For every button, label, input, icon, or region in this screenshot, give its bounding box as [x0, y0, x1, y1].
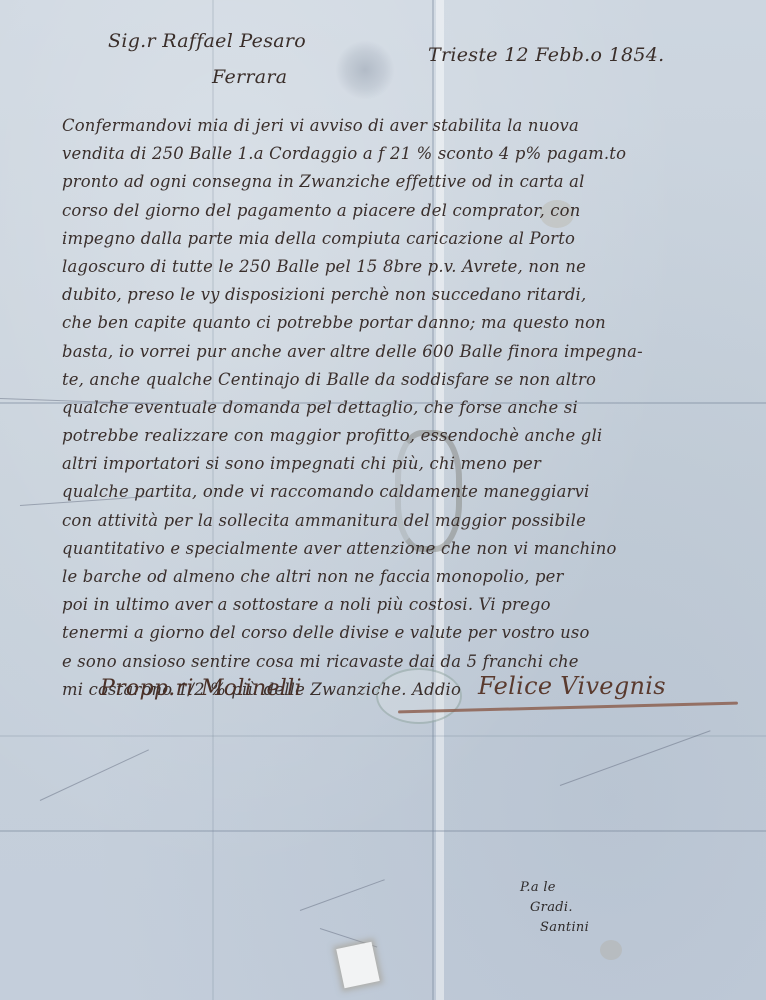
body-line: pronto ad ogni consegna in Zwanziche eff… [62, 168, 762, 196]
body-line: con attività per la sollecita ammanitura… [62, 507, 762, 535]
body-line: altri importatori si sono impegnati chi … [62, 450, 762, 478]
horizontal-fold-line [0, 735, 766, 737]
body-line: te, anche qualche Centinajo di Balle da … [62, 366, 762, 394]
body-line: corso del giorno del pagamento a piacere… [62, 197, 762, 225]
body-line: tenermi a giorno del corso delle divise … [62, 619, 762, 647]
annotation-line: Santini [540, 920, 589, 935]
body-line: le barche od almeno che altri non ne fac… [62, 563, 762, 591]
body-line: Confermandovi mia di jeri vi avviso di a… [62, 112, 762, 140]
horizontal-fold-line [0, 830, 766, 832]
body-line: dubito, preso le vy disposizioni perchè … [62, 281, 762, 309]
paper-tear [336, 942, 380, 989]
annotation-line: P.a le [520, 880, 556, 895]
annotation-line: Gradi. [530, 900, 573, 915]
closing-signoff: Propp.ri Molinelli [100, 676, 302, 701]
body-line: quantitativo e specialmente aver attenzi… [62, 535, 762, 563]
body-line: qualche eventuale domanda pel dettaglio,… [62, 394, 762, 422]
paper-crease [40, 749, 149, 801]
body-line: basta, io vorrei pur anche aver altre de… [62, 338, 762, 366]
wax-seal-imprint [335, 40, 395, 100]
body-line: che ben capite quanto ci potrebbe portar… [62, 309, 762, 337]
addressee-city: Ferrara [212, 66, 287, 88]
letter-body: Confermandovi mia di jeri vi avviso di a… [62, 112, 762, 704]
place-and-date: Trieste 12 Febb.o 1854. [428, 44, 665, 66]
paper-crease [300, 879, 385, 911]
body-line: potrebbe realizzare con maggior profitto… [62, 422, 762, 450]
signature: Felice Vivegnis [478, 672, 666, 700]
paper-crease [560, 730, 711, 786]
body-line: vendita di 250 Balle 1.a Cordaggio a f 2… [62, 140, 762, 168]
body-line: lagoscuro di tutte le 250 Balle pel 15 8… [62, 253, 762, 281]
letter-sheet: Sig.r Raffael Pesaro Ferrara Trieste 12 … [0, 0, 766, 1000]
body-line: impegno dalla parte mia della compiuta c… [62, 225, 762, 253]
addressee: Sig.r Raffael Pesaro [108, 30, 306, 52]
body-line: poi in ultimo aver a sottostare a noli p… [62, 591, 762, 619]
body-line: qualche partita, onde vi raccomando cald… [62, 478, 762, 506]
paper-stain [600, 940, 622, 960]
